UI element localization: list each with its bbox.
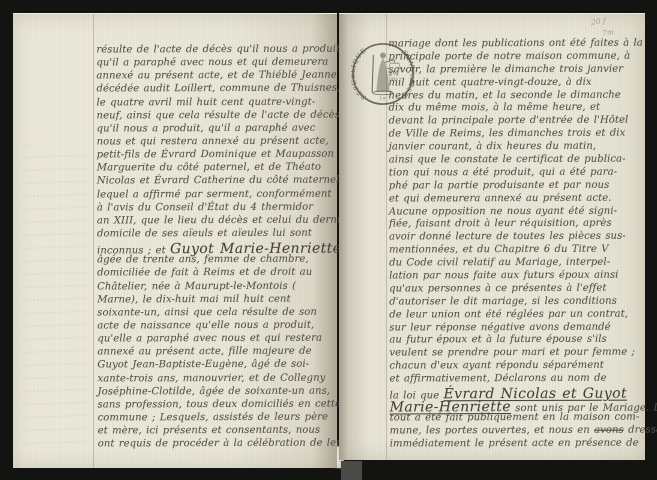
stamp-arc-left-text: RÉPUBLIQUE: [351, 46, 368, 101]
manuscript-line: avoir donné lecture de toutes les pièces…: [389, 231, 641, 245]
manuscript-line: janvier courant, à dix heures du matin,: [389, 141, 641, 155]
manuscript-line: petit-fils de Évrard Dominique et Maupas…: [97, 149, 337, 163]
manuscript-line: le quatre avril mil huit cent quatre-vin…: [96, 96, 336, 110]
manuscript-line: acte de naissance qu'elle nous a produit…: [97, 320, 337, 334]
manuscript-line: de leur union ont été réglées par un con…: [389, 308, 641, 322]
manuscript-line: Marie-Henriette sont unis par le Mariage…: [390, 398, 642, 412]
manuscript-line: inconnus ; et Guyot Marie-Henriette: [97, 241, 337, 255]
manuscript-line: annexé au présent acte, fille majeure de: [97, 346, 337, 360]
manuscript-line: à l'avis du Conseil d'État du 4 thermido…: [97, 201, 337, 215]
scanner-tab: [341, 461, 362, 480]
manuscript-line: nous et qui restera annexé au présent ac…: [97, 136, 337, 150]
manuscript-line: résulte de l'acte de décès qu'il nous a …: [96, 44, 336, 58]
margin-rule: [93, 14, 94, 468]
manuscript-line: chacun d'eux ayant répondu séparément: [389, 360, 641, 374]
manuscript-line: commune ; Lesquels, assistés de leurs pè…: [98, 412, 338, 426]
manuscript-line: Guyot Jean-Baptiste-Eugène, âgé de soi-: [97, 359, 337, 373]
pencil-annotation: 7m: [601, 27, 614, 38]
manuscript-line: immédiatement le présent acte en présenc…: [390, 437, 642, 451]
manuscript-line: an XIII, que le lieu du décès et celui d…: [97, 214, 337, 228]
manuscript-line: au futur époux et à la future épouse s'i…: [389, 334, 641, 348]
manuscript-line: tout a été fait publiquement en la maiso…: [390, 411, 642, 425]
manuscript-line: savoir, la première le dimanche trois ja…: [388, 63, 640, 77]
ink-bleedthrough: [21, 144, 91, 444]
manuscript-line: Châtelier, née à Maurupt-le-Montois (: [97, 280, 337, 294]
manuscript-line: domicile de ses aïeuls et aïeules lui so…: [97, 228, 337, 242]
manuscript-line: Joséphine-Clotilde, âgée de soixante-un …: [97, 385, 337, 399]
svg-text:FRANÇAISE: FRANÇAISE: [400, 49, 415, 99]
manuscript-line: phé par la partie produisante et par nou…: [389, 179, 641, 193]
manuscript-line: veulent se prendre pour mari et pour fem…: [389, 347, 641, 361]
manuscript-line: soixante-un, ainsi que cela résulte de s…: [97, 306, 337, 320]
manuscript-line: mentionnées, et du Chapitre 6 du Titre V: [389, 244, 641, 258]
manuscript-line: mil huit cent quatre-vingt-douze, à dix: [388, 76, 640, 90]
manuscript-line: domiciliée de fait à Reims et de droit a…: [97, 267, 337, 281]
manuscript-line: du Code civil relatif au Mariage, interp…: [389, 257, 641, 271]
manuscript-line: qu'elle a paraphé avec nous et qui reste…: [97, 333, 337, 347]
manuscript-line: d'autoriser le dit mariage, si les condi…: [389, 295, 641, 309]
scanned-document-viewer: { "annotations": { "note_1": "20 f", "no…: [0, 0, 657, 480]
left-page-text: résulte de l'acte de décès qu'il nous a …: [96, 44, 337, 452]
manuscript-line: mune, les portes ouvertes, et nous en av…: [390, 424, 642, 438]
manuscript-line: la loi que Évrard Nicolas et Guyot: [389, 386, 641, 400]
manuscript-line: qu'aux personnes à ce présentes à l'effe…: [389, 282, 641, 296]
manuscript-line: et affirmativement, Déclarons au nom de: [389, 373, 641, 387]
manuscript-line: xante-trois ans, manouvrier, et de Colle…: [97, 372, 337, 386]
svg-text:RÉPUBLIQUE: RÉPUBLIQUE: [351, 46, 368, 101]
manuscript-line: tion qui nous a été produit, qui a été p…: [389, 166, 641, 180]
manuscript-line: lation par nous faite aux futurs époux a…: [389, 270, 641, 284]
stamp-arc-right-text: FRANÇAISE: [400, 49, 415, 99]
manuscript-line: sans profession, tous deux domiciliés en…: [98, 398, 338, 412]
manuscript-line: lequel a affirmé par serment, conforméme…: [97, 188, 337, 202]
manuscript-line: devant la principale porte d'entrée de l…: [389, 115, 641, 129]
manuscript-line: Marne), le dix-huit mai mil huit cent: [97, 293, 337, 307]
stamp-year-text: 1855: [389, 77, 398, 81]
pencil-annotation: 20 f: [591, 16, 607, 26]
republique-francaise-revenue-stamp-icon: RÉPUBLIQUE FRANÇAISE 2¼ 1855 1 F.: [351, 42, 415, 106]
manuscript-line: qu'il nous a produit, qu'il a paraphé av…: [97, 122, 337, 136]
manuscript-line: Nicolas et Évrard Catherine du côté mate…: [97, 175, 337, 189]
manuscript-line: qu'il a paraphé avec nous et qui demeure…: [96, 57, 336, 71]
page-right: mariage dont les publications ont été fa…: [339, 13, 645, 460]
manuscript-line: heures du matin, et la seconde le dimanc…: [388, 89, 640, 103]
manuscript-line: ainsi que le constate le certificat de p…: [389, 154, 641, 168]
manuscript-line: décédée audit Loillert, commune de Thuis…: [96, 83, 336, 97]
page-left: résulte de l'acte de décès qu'il nous a …: [13, 13, 337, 468]
manuscript-line: et mère, ici présents et consentants, no…: [98, 425, 338, 439]
manuscript-line: mariage dont les publications ont été fa…: [388, 38, 640, 52]
manuscript-line: de Ville de Reims, les dimanches trois e…: [389, 128, 641, 142]
stamp-denomination-text: 1 F.: [380, 96, 387, 101]
right-page-text: mariage dont les publications ont été fa…: [388, 38, 641, 451]
manuscript-line: et qui demeurera annexé au présent acte.: [389, 192, 641, 206]
manuscript-line: âgée de trente ans, femme de chambre,: [97, 254, 337, 268]
manuscript-line: neuf, ainsi que cela résulte de l'acte d…: [97, 109, 337, 123]
manuscript-line: ont requis de procéder à la célébration …: [98, 438, 338, 452]
manuscript-line: principale porte de notre maison commune…: [388, 50, 640, 64]
